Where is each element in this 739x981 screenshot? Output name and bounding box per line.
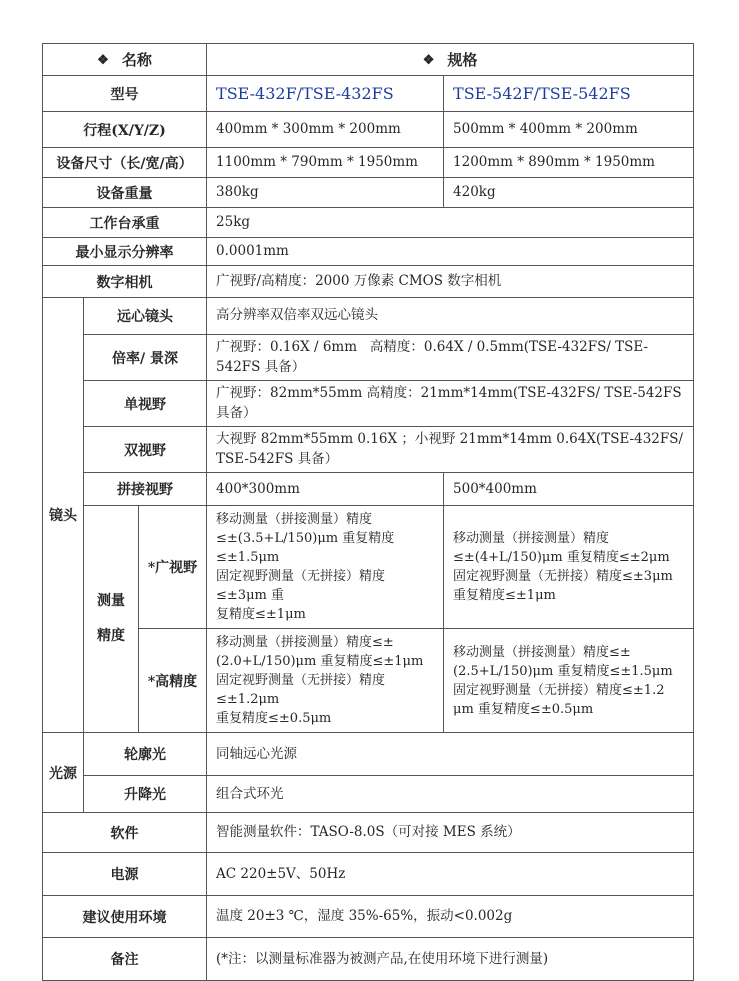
table-row: 数字相机 广视野/高精度：2000 万像素 CMOS 数字相机 xyxy=(43,266,694,298)
camera-value: 广视野/高精度：2000 万像素 CMOS 数字相机 xyxy=(207,266,694,298)
row-label-size: 设备尺寸（长/宽/高） xyxy=(43,148,207,178)
size-value-1: 1100mm * 790mm * 1950mm xyxy=(207,148,444,178)
table-row: 光源 轮廓光 同轴远心光源 xyxy=(43,733,694,776)
row-label-environment: 建议使用环境 xyxy=(43,896,207,938)
remarks-value: (*注：以测量标准器为被测产品,在使用环境下进行测量) xyxy=(207,938,694,981)
telecentric-value: 高分辨率双倍率双远心镜头 xyxy=(207,298,694,335)
spec-sheet-page: ❖名称 ❖规格 型号 TSE-432F/TSE-432FS TSE-542F/T… xyxy=(0,0,739,959)
model-value-2: TSE-542F/TSE-542FS xyxy=(444,76,694,112)
diamond-icon: ❖ xyxy=(97,53,109,68)
table-row: 单视野 广视野：82mm*55mm 高精度：21mm*14mm(TSE-432F… xyxy=(43,381,694,427)
row-label-accuracy: 测量 精度 xyxy=(84,506,139,733)
table-row: ❖名称 ❖规格 xyxy=(43,44,694,76)
header-spec-cell: ❖规格 xyxy=(207,44,694,76)
table-row: 倍率/ 景深 广视野：0.16X / 6mm 高精度：0.64X / 0.5mm… xyxy=(43,335,694,381)
table-row: 电源 AC 220±5V、50Hz xyxy=(43,853,694,896)
row-label-single-view: 单视野 xyxy=(84,381,207,427)
header-spec-label: 规格 xyxy=(447,51,477,69)
environment-value: 温度 20±3 ℃，湿度 35%-65%，振动<0.002g xyxy=(207,896,694,938)
table-row: 型号 TSE-432F/TSE-432FS TSE-542F/TSE-542FS xyxy=(43,76,694,112)
row-label-dual-view: 双视野 xyxy=(84,427,207,473)
row-label-magnification: 倍率/ 景深 xyxy=(84,335,207,381)
accuracy-high-value-2: 移动测量（拼接测量）精度≤± (2.5+L/150)μm 重复精度≤±1.5μm… xyxy=(444,629,694,733)
table-row: 升降光 组合式环光 xyxy=(43,776,694,813)
travel-value-2: 500mm * 400mm * 200mm xyxy=(444,112,694,148)
table-row: 备注 (*注：以测量标准器为被测产品,在使用环境下进行测量) xyxy=(43,938,694,981)
weight-value-1: 380kg xyxy=(207,178,444,208)
group-label-lens: 镜头 xyxy=(43,298,84,733)
row-label-accuracy-high: *高精度 xyxy=(139,629,207,733)
table-row: 软件 智能测量软件：TASO-8.0S（可对接 MES 系统） xyxy=(43,813,694,853)
table-row: 设备尺寸（长/宽/高） 1100mm * 790mm * 1950mm 1200… xyxy=(43,148,694,178)
row-label-lift-light: 升降光 xyxy=(84,776,207,813)
table-row: 镜头 远心镜头 高分辨率双倍率双远心镜头 xyxy=(43,298,694,335)
group-label-light: 光源 xyxy=(43,733,84,813)
size-value-2: 1200mm * 890mm * 1950mm xyxy=(444,148,694,178)
table-row: 双视野 大视野 82mm*55mm 0.16X ；小视野 21mm*14mm 0… xyxy=(43,427,694,473)
table-row: 测量 精度 *广视野 移动测量（拼接测量）精度 ≤±(3.5+L/150)μm … xyxy=(43,506,694,629)
travel-value-1: 400mm * 300mm * 200mm xyxy=(207,112,444,148)
magnification-value: 广视野：0.16X / 6mm 高精度：0.64X / 0.5mm(TSE-43… xyxy=(207,335,694,381)
table-row: 最小显示分辨率 0.0001mm xyxy=(43,238,694,266)
stitching-value-2: 500*400mm xyxy=(444,473,694,506)
lift-light-value: 组合式环光 xyxy=(207,776,694,813)
row-label-resolution: 最小显示分辨率 xyxy=(43,238,207,266)
row-label-camera: 数字相机 xyxy=(43,266,207,298)
row-label-software: 软件 xyxy=(43,813,207,853)
dual-view-value: 大视野 82mm*55mm 0.16X ；小视野 21mm*14mm 0.64X… xyxy=(207,427,694,473)
row-label-telecentric: 远心镜头 xyxy=(84,298,207,335)
accuracy-wide-value-2: 移动测量（拼接测量）精度 ≤±(4+L/150)μm 重复精度≤±2μm 固定视… xyxy=(444,506,694,629)
table-row: *高精度 移动测量（拼接测量）精度≤± (2.0+L/150)μm 重复精度≤±… xyxy=(43,629,694,733)
row-label-travel: 行程(X/Y/Z) xyxy=(43,112,207,148)
profile-light-value: 同轴远心光源 xyxy=(207,733,694,776)
power-value: AC 220±5V、50Hz xyxy=(207,853,694,896)
row-label-accuracy-wide: *广视野 xyxy=(139,506,207,629)
row-label-load: 工作台承重 xyxy=(43,208,207,238)
row-label-remarks: 备注 xyxy=(43,938,207,981)
model-value-1: TSE-432F/TSE-432FS xyxy=(207,76,444,112)
row-label-model: 型号 xyxy=(43,76,207,112)
row-label-power: 电源 xyxy=(43,853,207,896)
resolution-value: 0.0001mm xyxy=(207,238,694,266)
header-name-label: 名称 xyxy=(122,51,152,69)
row-label-profile-light: 轮廓光 xyxy=(84,733,207,776)
table-row: 建议使用环境 温度 20±3 ℃，湿度 35%-65%，振动<0.002g xyxy=(43,896,694,938)
spec-table: ❖名称 ❖规格 型号 TSE-432F/TSE-432FS TSE-542F/T… xyxy=(42,43,694,981)
accuracy-high-value-1: 移动测量（拼接测量）精度≤± (2.0+L/150)μm 重复精度≤±1μm 固… xyxy=(207,629,444,733)
stitching-value-1: 400*300mm xyxy=(207,473,444,506)
table-row: 工作台承重 25kg xyxy=(43,208,694,238)
row-label-stitching: 拼接视野 xyxy=(84,473,207,506)
table-row: 行程(X/Y/Z) 400mm * 300mm * 200mm 500mm * … xyxy=(43,112,694,148)
table-row: 设备重量 380kg 420kg xyxy=(43,178,694,208)
weight-value-2: 420kg xyxy=(444,178,694,208)
load-value: 25kg xyxy=(207,208,694,238)
table-row: 拼接视野 400*300mm 500*400mm xyxy=(43,473,694,506)
header-name-cell: ❖名称 xyxy=(43,44,207,76)
software-value: 智能测量软件：TASO-8.0S（可对接 MES 系统） xyxy=(207,813,694,853)
diamond-icon: ❖ xyxy=(423,53,435,68)
single-view-value: 广视野：82mm*55mm 高精度：21mm*14mm(TSE-432FS/ T… xyxy=(207,381,694,427)
accuracy-wide-value-1: 移动测量（拼接测量）精度 ≤±(3.5+L/150)μm 重复精度 ≤±1.5μ… xyxy=(207,506,444,629)
row-label-weight: 设备重量 xyxy=(43,178,207,208)
